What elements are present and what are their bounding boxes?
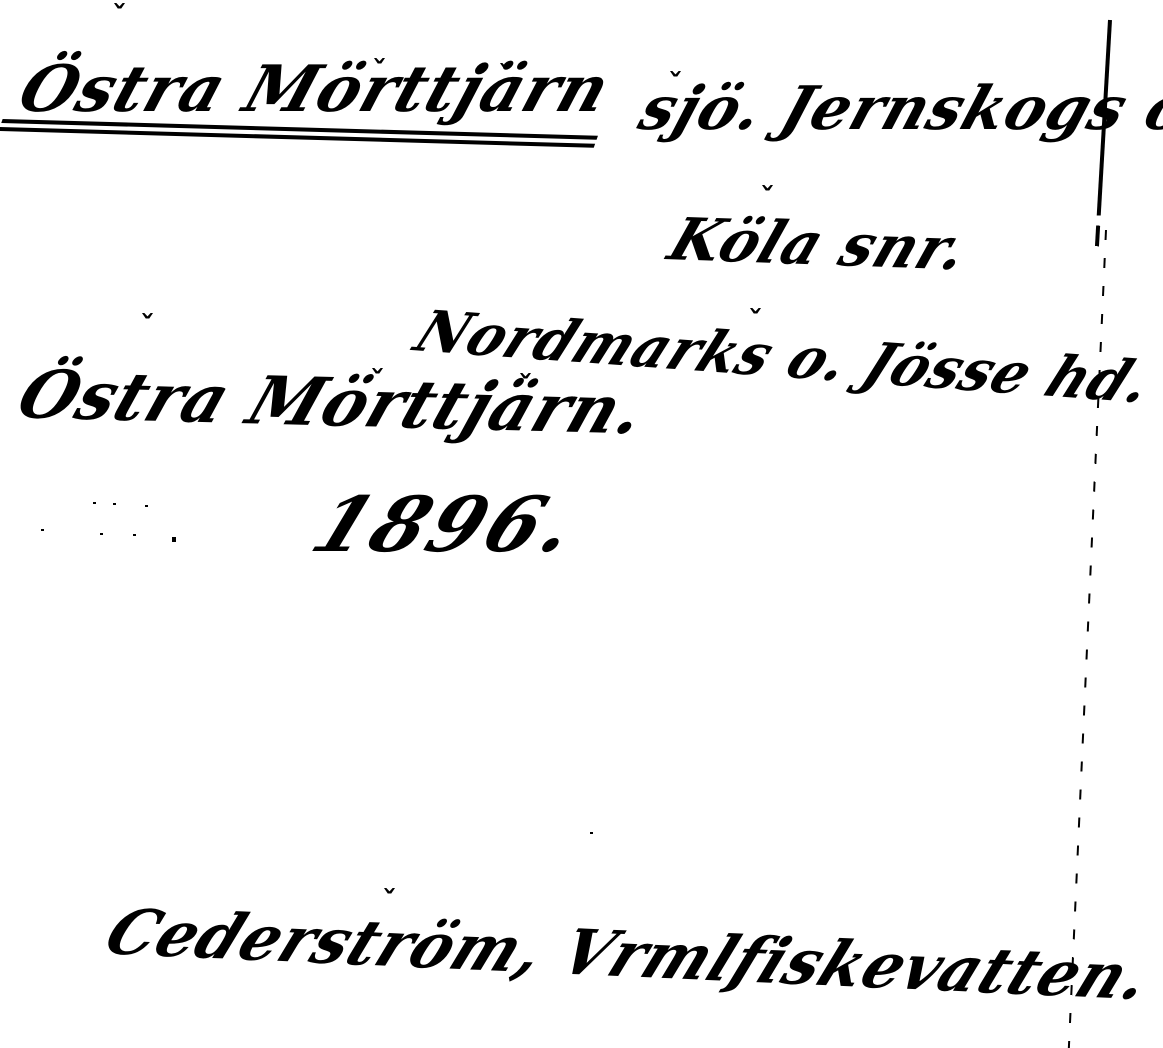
scan-speck	[133, 534, 136, 536]
heading-qualifier: sjö. Jernskogs o.	[631, 74, 1163, 144]
diacritic-mark: ˇ	[140, 310, 155, 345]
diacritic-mark: ˇ	[668, 68, 683, 103]
diacritic-mark: ˇ	[760, 182, 775, 217]
parish-line: Köla snr.	[660, 205, 978, 283]
name-repeat-line: Östra Mörttjärn.	[8, 355, 657, 449]
diacritic-mark: ˇ	[372, 55, 387, 90]
card-edge-line	[1049, 20, 1112, 1048]
scan-speck	[145, 505, 148, 507]
diacritic-mark: ˇ	[518, 370, 533, 405]
source-citation: Cederström, Vrmlfiskevatten.	[95, 895, 1163, 1014]
scan-speck	[41, 529, 44, 531]
index-card: Östra Mörttjärn sjö. Jernskogs o. ˇ ˇ ˇ …	[0, 0, 1163, 1048]
heading-line: Östra Mörttjärn sjö. Jernskogs o.	[10, 52, 1163, 127]
scan-speck	[100, 533, 103, 535]
diacritic-mark: ˇ	[748, 305, 763, 340]
scan-speck	[172, 537, 176, 542]
heading-name-underlined: Östra Mörttjärn	[10, 52, 619, 127]
diacritic-mark: ˇ	[498, 60, 513, 95]
scan-speck	[93, 502, 96, 504]
year-line: 1896.	[300, 480, 594, 569]
scan-speck	[590, 832, 593, 834]
diacritic-mark: ˇ	[382, 885, 397, 920]
scan-speck	[113, 503, 116, 505]
diacritic-mark: ˇ	[370, 365, 385, 400]
diacritic-mark: ˇ	[112, 0, 127, 35]
